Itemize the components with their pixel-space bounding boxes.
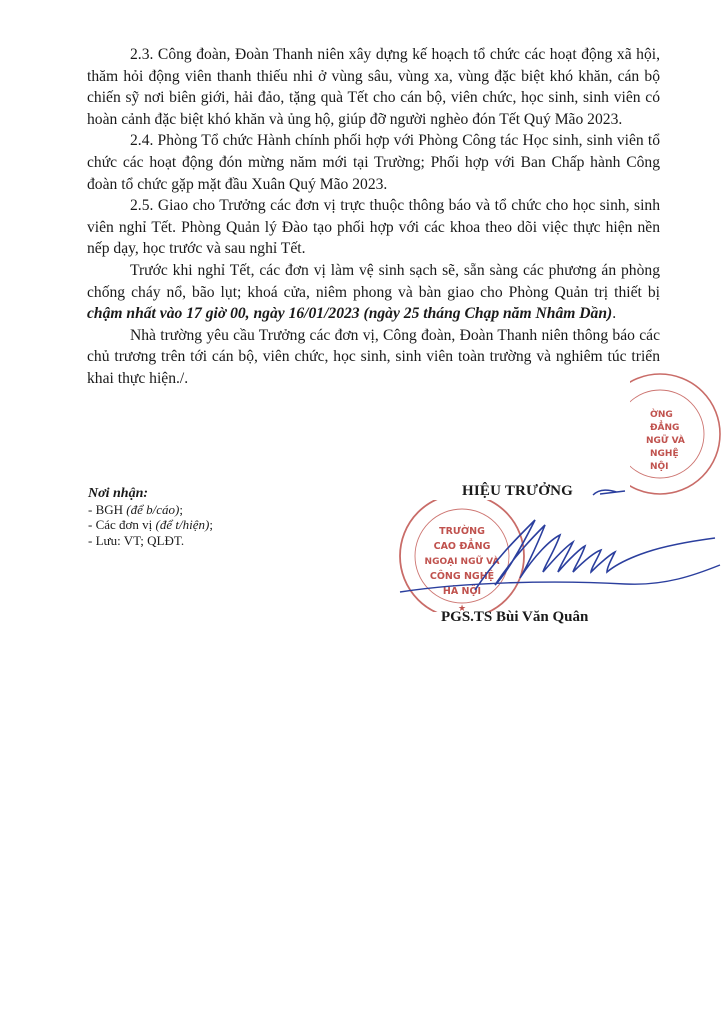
paragraph-2-5: 2.5. Giao cho Trưởng các đơn vị trực thu…: [87, 195, 660, 260]
paragraph-closing: Nhà trường yêu cầu Trưởng các đơn vị, Cô…: [87, 325, 660, 390]
recipients-block: Nơi nhận: - BGH (để b/cáo); - Các đơn vị…: [88, 486, 213, 548]
paragraph-2-4: 2.4. Phòng Tổ chức Hành chính phối hợp v…: [87, 130, 660, 195]
svg-text:ỜNG: ỜNG: [650, 408, 673, 420]
signer-name: PGS.TS Bùi Văn Quân: [441, 609, 588, 626]
svg-text:ĐẲNG: ĐẲNG: [650, 420, 679, 433]
before-tet-end: .: [612, 305, 616, 322]
svg-text:NGHỆ: NGHỆ: [650, 448, 679, 459]
before-tet-text: Trước khi nghỉ Tết, các đơn vị làm vệ si…: [87, 262, 660, 301]
svg-text:NGỮ VÀ: NGỮ VÀ: [646, 434, 685, 446]
handwritten-signature: [395, 480, 725, 600]
paragraph-2-3: 2.3. Công đoàn, Đoàn Thanh niên xây dựng…: [87, 44, 660, 130]
recipients-heading: Nơi nhận:: [88, 486, 213, 502]
svg-text:NỘI: NỘI: [650, 461, 669, 472]
document-body: 2.3. Công đoàn, Đoàn Thanh niên xây dựng…: [87, 44, 660, 390]
official-stamp-edge: ỜNG ĐẲNG NGỮ VÀ NGHỆ NỘI: [630, 372, 725, 497]
recipient-item: - BGH (để b/cáo);: [88, 502, 213, 518]
recipient-item: - Lưu: VT; QLĐT.: [88, 533, 213, 549]
recipient-item: - Các đơn vị (để t/hiện);: [88, 517, 213, 533]
document-page: 2.3. Công đoàn, Đoàn Thanh niên xây dựng…: [0, 0, 725, 1024]
deadline-text: chậm nhất vào 17 giờ 00, ngày 16/01/2023…: [87, 305, 612, 322]
paragraph-before-tet: Trước khi nghỉ Tết, các đơn vị làm vệ si…: [87, 260, 660, 325]
